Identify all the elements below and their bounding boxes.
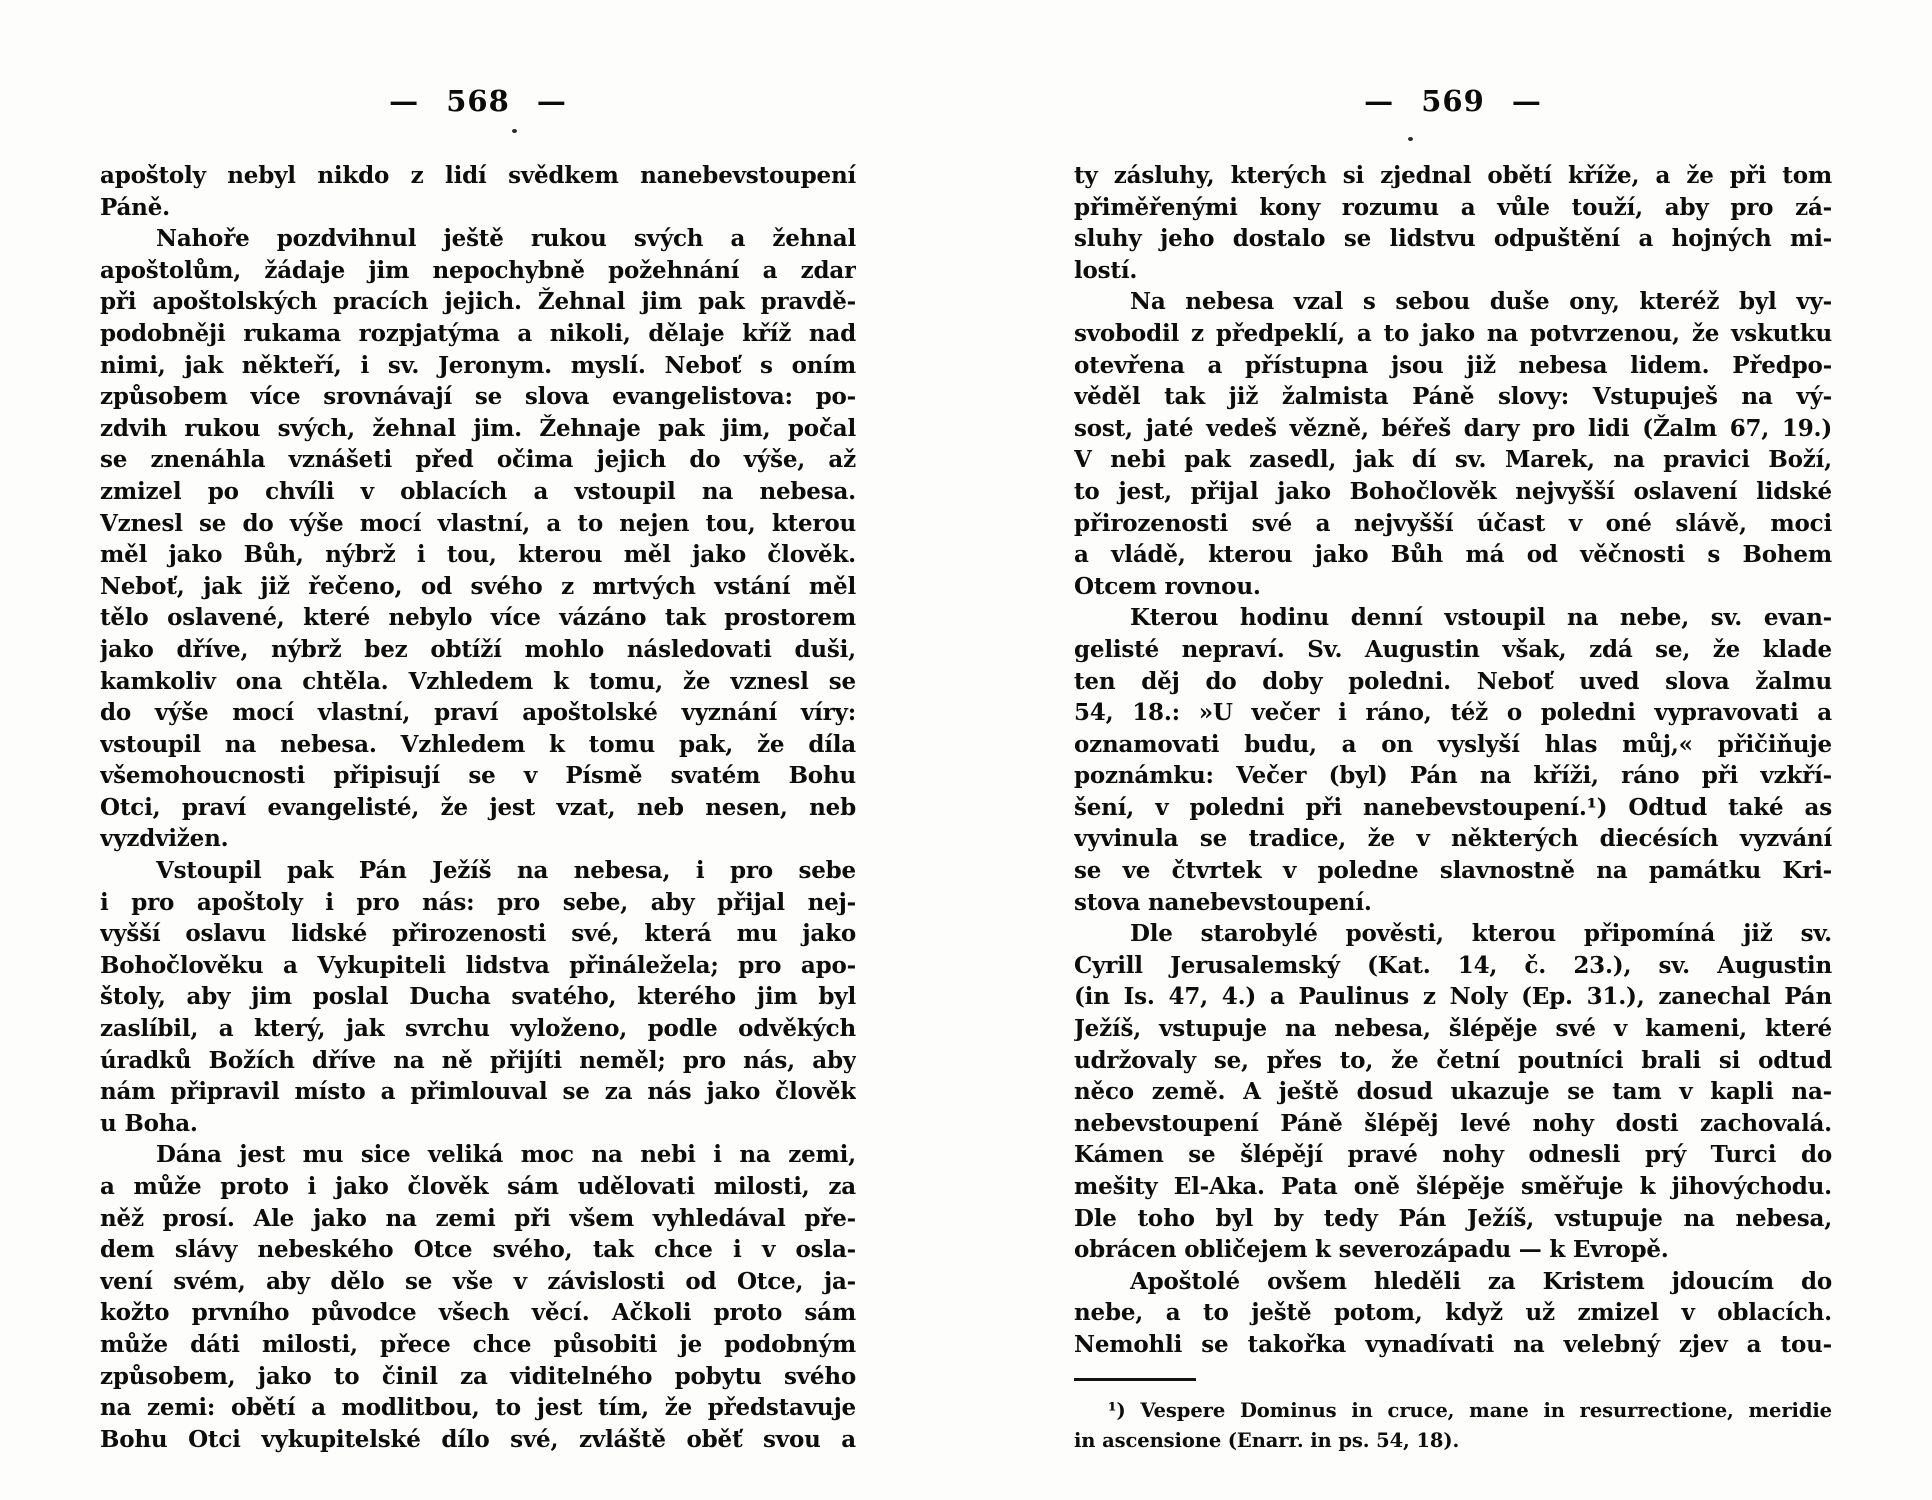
text-line: sluhy jeho dostalo se lidstvu odpuštění … [1074,223,1832,255]
text-line: mešity El-Aka. Pata oně šlépěje směřuje … [1074,1171,1832,1203]
text-line: při apoštolských pracích jejich. Žehnal … [100,286,856,318]
book-page-scan: — 568 — apoštoly nebyl nikdo z lidí svěd… [0,0,1932,1500]
ink-dot [1408,137,1413,141]
text-line: apoštolům, žádaje jim nepochybně požehná… [100,255,856,287]
text-line: způsobem, jako to činil za viditelného p… [100,1361,856,1393]
text-line: vyvinula se tradice, že v některých diec… [1074,823,1832,855]
text-line: přiměřenými kony rozumu a vůle touží, ab… [1074,192,1832,224]
text-line: na zemi: obětí a modlitbou, to jest tím,… [100,1392,856,1424]
text-line: Kterou hodinu denní vstoupil na nebe, sv… [1074,602,1832,634]
text-line: ten děj do doby poledni. Neboť uved slov… [1074,666,1832,698]
text-line: Cyrill Jerusalemský (Kat. 14, č. 23.), s… [1074,950,1832,982]
text-line: nebe, a to ještě potom, když už zmizel v… [1074,1297,1832,1329]
text-line: všemohoucnosti připisují se v Písmě svat… [100,760,856,792]
text-line: gelisté nepraví. Sv. Augustin však, zdá … [1074,634,1832,666]
text-line: Páně. [100,192,856,224]
ink-dot [512,129,517,133]
text-line: nebevstoupení Páně šlépěj levé nohy dost… [1074,1108,1832,1140]
text-line: do výše mocí vlastní, praví apoštolské v… [100,697,856,729]
page-569-body: ty zásluhy, kterých si zjednal obětí kří… [1074,160,1832,1361]
text-line: a vládě, kterou jako Bůh má od věčnosti … [1074,539,1832,571]
page-569: — 569 — ty zásluhy, kterých si zjednal o… [1074,0,1832,1500]
text-line: svobodil z předpeklí, a to jako na potvr… [1074,318,1832,350]
text-line: se ve čtvrtek v poledne slavnostně na pa… [1074,855,1832,887]
text-line: otevřena a přístupna jsou již nebesa lid… [1074,350,1832,382]
text-line: obrácen obličejem k severozápadu — k Evr… [1074,1234,1832,1266]
text-line: úradků Božích dříve na ně přijíti neměl;… [100,1045,856,1077]
text-line: Na nebesa vzal s sebou duše ony, kteréž … [1074,286,1832,318]
text-line: Nahoře pozdvihnul ještě rukou svých a že… [100,223,856,255]
text-line: nimi, jak někteří, i sv. Jeronym. myslí.… [100,350,856,382]
text-line: něž prosí. Ale jako na zemi při všem vyh… [100,1203,856,1235]
text-line: vyšší oslavu lidské přirozenosti své, kt… [100,918,856,950]
text-line: se znenáhla vznášeti před očima jejich d… [100,444,856,476]
text-line: zmizel po chvíli v oblacích a vstoupil n… [100,476,856,508]
text-line: Vznesl se do výše mocí vlastní, a to nej… [100,508,856,540]
text-line: vyzdvižen. [100,823,856,855]
page-number-568: — 568 — [100,84,856,118]
text-line: i pro apoštoly i pro nás: pro sebe, aby … [100,887,856,919]
text-line: zaslíbil, a který, jak svrchu vyloženo, … [100,1013,856,1045]
text-line: jako dříve, nýbrž bez obtíží mohlo násle… [100,634,856,666]
text-line: způsobem více srovnávají se slova evange… [100,381,856,413]
text-line: Vstoupil pak Pán Ježíš na nebesa, i pro … [100,855,856,887]
text-line: kožto prvního původce všech věcí. Ačkoli… [100,1297,856,1329]
text-line: vstoupil na nebesa. Vzhledem k tomu pak,… [100,729,856,761]
text-line: šení, v poledni při nanebevstoupení.¹) O… [1074,792,1832,824]
text-line: Otci, praví evangelisté, že jest vzat, n… [100,792,856,824]
text-line: kamkoliv ona chtěla. Vzhledem k tomu, že… [100,666,856,698]
text-line: Ježíš, vstupuje na nebesa, šlépěje své v… [1074,1013,1832,1045]
text-line: lostí. [1074,255,1832,287]
text-line: (in Is. 47, 4.) a Paulinus z Noly (Ep. 3… [1074,981,1832,1013]
page-568-body: apoštoly nebyl nikdo z lidí svědkem nane… [100,160,856,1455]
page-number-569: — 569 — [1074,84,1832,118]
text-line: ¹) Vespere Dominus in cruce, mane in res… [1074,1396,1832,1426]
text-line: Dle toho byl by tedy Pán Ježíš, vstupuje… [1074,1203,1832,1235]
text-line: ty zásluhy, kterých si zjednal obětí kří… [1074,160,1832,192]
text-line: Dle starobylé pověsti, kterou připomíná … [1074,918,1832,950]
text-line: a může proto i jako člověk sám udělovati… [100,1171,856,1203]
text-line: Neboť, jak již řečeno, od svého z mrtvýc… [100,571,856,603]
text-line: udržovaly se, přes to, že četní poutníci… [1074,1045,1832,1077]
text-line: podobněji rukama rozpjatýma a nikoli, dě… [100,318,856,350]
text-line: sost, jaté vedeš vězně, béřeš dary pro l… [1074,413,1832,445]
text-line: štoly, aby jim poslal Ducha svatého, kte… [100,981,856,1013]
page-568: — 568 — apoštoly nebyl nikdo z lidí svěd… [100,0,856,1500]
text-line: přirozenosti své a nejvyšší účast v oné … [1074,508,1832,540]
text-line: stova nanebevstoupení. [1074,887,1832,919]
text-line: Bohočlověku a Vykupiteli lidstva přinále… [100,950,856,982]
text-line: měl jako Bůh, nýbrž i tou, kterou měl ja… [100,539,856,571]
text-line: Otcem rovnou. [1074,571,1832,603]
text-line: V nebi pak zasedl, jak dí sv. Marek, na … [1074,444,1832,476]
text-line: Bohu Otci vykupitelské dílo své, zvláště… [100,1424,856,1456]
text-line: u Boha. [100,1108,856,1140]
text-line: něco země. A ještě dosud ukazuje se tam … [1074,1076,1832,1108]
text-line: tělo oslavené, které nebylo více vázáno … [100,602,856,634]
text-line: poznámku: Večer (byl) Pán na kříži, ráno… [1074,760,1832,792]
text-line: Nemohli se takořka vynadívati na velebný… [1074,1329,1832,1361]
text-line: vení svém, aby dělo se vše v závislosti … [100,1266,856,1298]
text-line: může dáti milosti, přece chce působiti j… [100,1329,856,1361]
text-line: zdvih rukou svých, žehnal jim. Žehnaje p… [100,413,856,445]
text-line: věděl tak již žalmista Páně slovy: Vstup… [1074,381,1832,413]
text-line: nám připravil místo a přimlouval se za n… [100,1076,856,1108]
text-line: dem slávy nebeského Otce svého, tak chce… [100,1234,856,1266]
text-line: 54, 18.: »U večer i ráno, též o poledni … [1074,697,1832,729]
text-line: Apoštolé ovšem hleděli za Kristem jdoucí… [1074,1266,1832,1298]
text-line: to jest, přijal jako Bohočlověk nejvyšší… [1074,476,1832,508]
text-line: apoštoly nebyl nikdo z lidí svědkem nane… [100,160,856,192]
text-line: in ascensione (Enarr. in ps. 54, 18). [1074,1426,1832,1456]
text-line: Dána jest mu sice veliká moc na nebi i n… [100,1139,856,1171]
footnote: ¹) Vespere Dominus in cruce, mane in res… [1074,1396,1832,1456]
text-line: oznamovati budu, a on vyslyší hlas můj,«… [1074,729,1832,761]
text-line: Kámen se šlépějí pravé nohy odnesli prý … [1074,1139,1832,1171]
footnote-separator [1074,1378,1196,1381]
